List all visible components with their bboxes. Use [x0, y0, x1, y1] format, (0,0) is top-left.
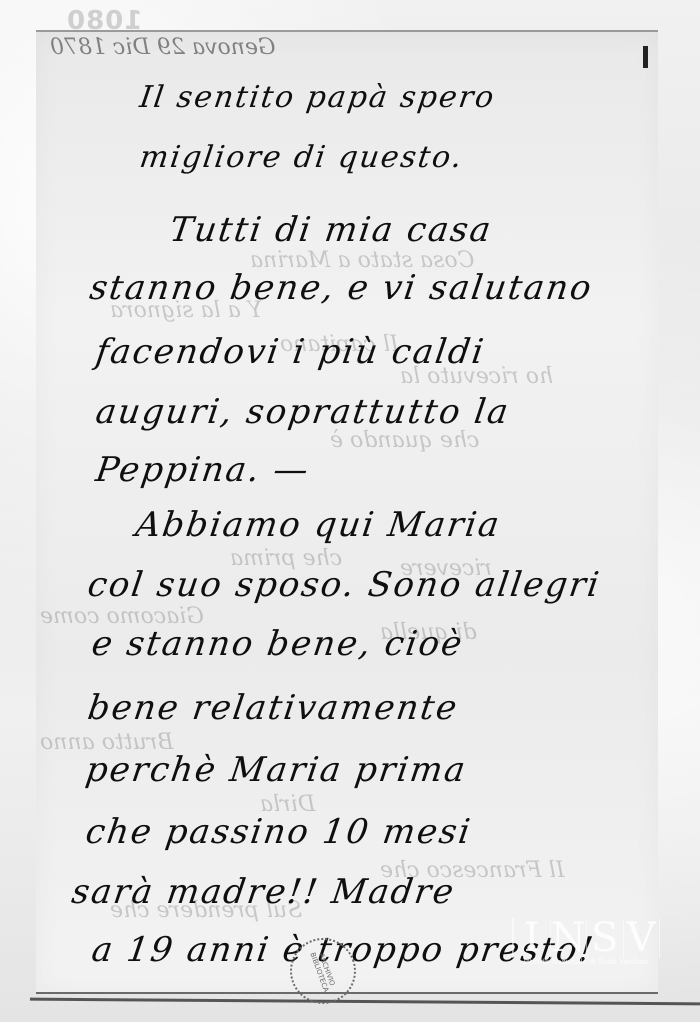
insv-watermark: I N S V Istituto Nazionale di Studi Verd… — [512, 918, 660, 967]
edge-mark — [643, 46, 648, 68]
archive-number: 1080 — [66, 6, 142, 36]
watermark-letter: V — [623, 918, 660, 958]
header-date: Genova 29 Dic 1870 — [50, 35, 276, 60]
letter-line: sarà madre!! Madre — [69, 872, 458, 912]
letter-line: col suo sposo. Sono allegri — [85, 565, 603, 605]
archive-stamp-label: ARCHIVIO BIBLIOTECA — [305, 939, 341, 1003]
letter-line: Tutti di mia casa — [167, 210, 495, 250]
letter-line: Il sentito papà spero — [138, 80, 498, 115]
letter-line: che passino 10 mesi — [83, 812, 474, 852]
letter-line: Abbiamo qui Maria — [133, 505, 503, 545]
letter-line: facendovi i più caldi — [93, 332, 488, 372]
watermark-letter: I — [513, 918, 550, 958]
letter-line: stanno bene, e vi salutano — [87, 268, 595, 308]
watermark-subtitle: Istituto Nazionale di Studi Verdiani — [512, 958, 660, 967]
watermark-letters: I N S V — [512, 918, 660, 958]
letter-line: auguri, soprattutto la — [93, 392, 512, 432]
watermark-letter: S — [586, 918, 623, 958]
letter-line: bene relativamente — [85, 688, 461, 728]
letter-line: e stanno bene, cioè — [89, 624, 466, 664]
letter-line: Peppina. — — [93, 450, 312, 490]
watermark-letter: N — [550, 918, 587, 958]
letter-line: perchè Maria prima — [83, 750, 469, 790]
letter-line: migliore di questo. — [138, 140, 466, 175]
